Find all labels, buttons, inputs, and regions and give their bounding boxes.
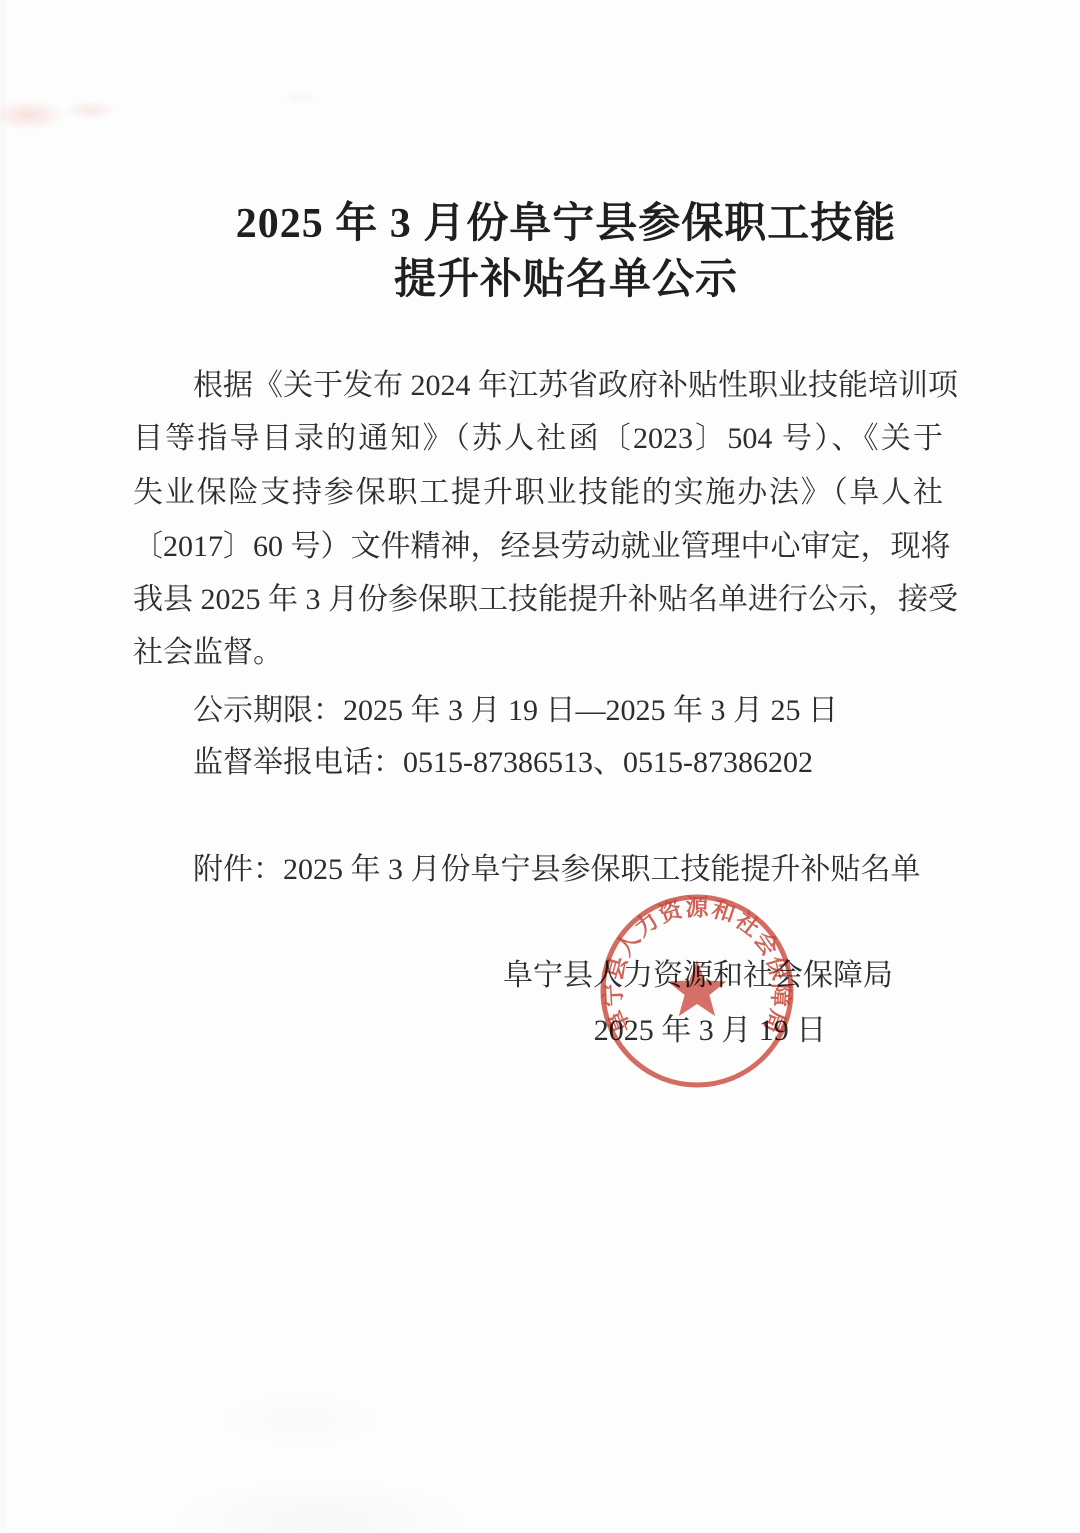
attachment-line: 附件：2025 年 3 月份阜宁县参保职工技能提升补贴名单 bbox=[133, 843, 943, 896]
paragraph-line: 根据《关于发布 2024 年江苏省政府补贴性职业技能培训项 bbox=[133, 359, 943, 412]
document-title-line2: 提升补贴名单公示 bbox=[26, 252, 1080, 308]
document-title-line1: 2025 年 3 月份阜宁县参保职工技能 bbox=[26, 196, 1080, 252]
paragraph-line: 〔2017〕60 号）文件精神，经县劳动就业管理中心审定，现将 bbox=[133, 520, 943, 573]
publicity-period-line: 公示期限：2025 年 3 月 19 日—2025 年 3 月 25 日 bbox=[133, 684, 943, 737]
official-seal: 阜宁县人力资源和社会保障局 bbox=[597, 891, 797, 1091]
paragraph-line: 目等指导目录的通知》（苏人社函〔2023〕504 号）、《关于 bbox=[133, 412, 943, 465]
paragraph-line: 我县 2025 年 3 月份参保职工技能提升补贴名单进行公示，接受 bbox=[133, 573, 943, 626]
report-phone-line: 监督举报电话：0515-87386513、0515-87386202 bbox=[133, 736, 943, 789]
paragraph-line: 失业保险支持参保职工提升职业技能的实施办法》（阜人社 bbox=[133, 466, 943, 519]
seal-star-icon bbox=[668, 960, 727, 1016]
document-title: 2025 年 3 月份阜宁县参保职工技能 提升补贴名单公示 bbox=[26, 196, 1080, 308]
paragraph-line: 社会监督。 bbox=[133, 626, 943, 679]
